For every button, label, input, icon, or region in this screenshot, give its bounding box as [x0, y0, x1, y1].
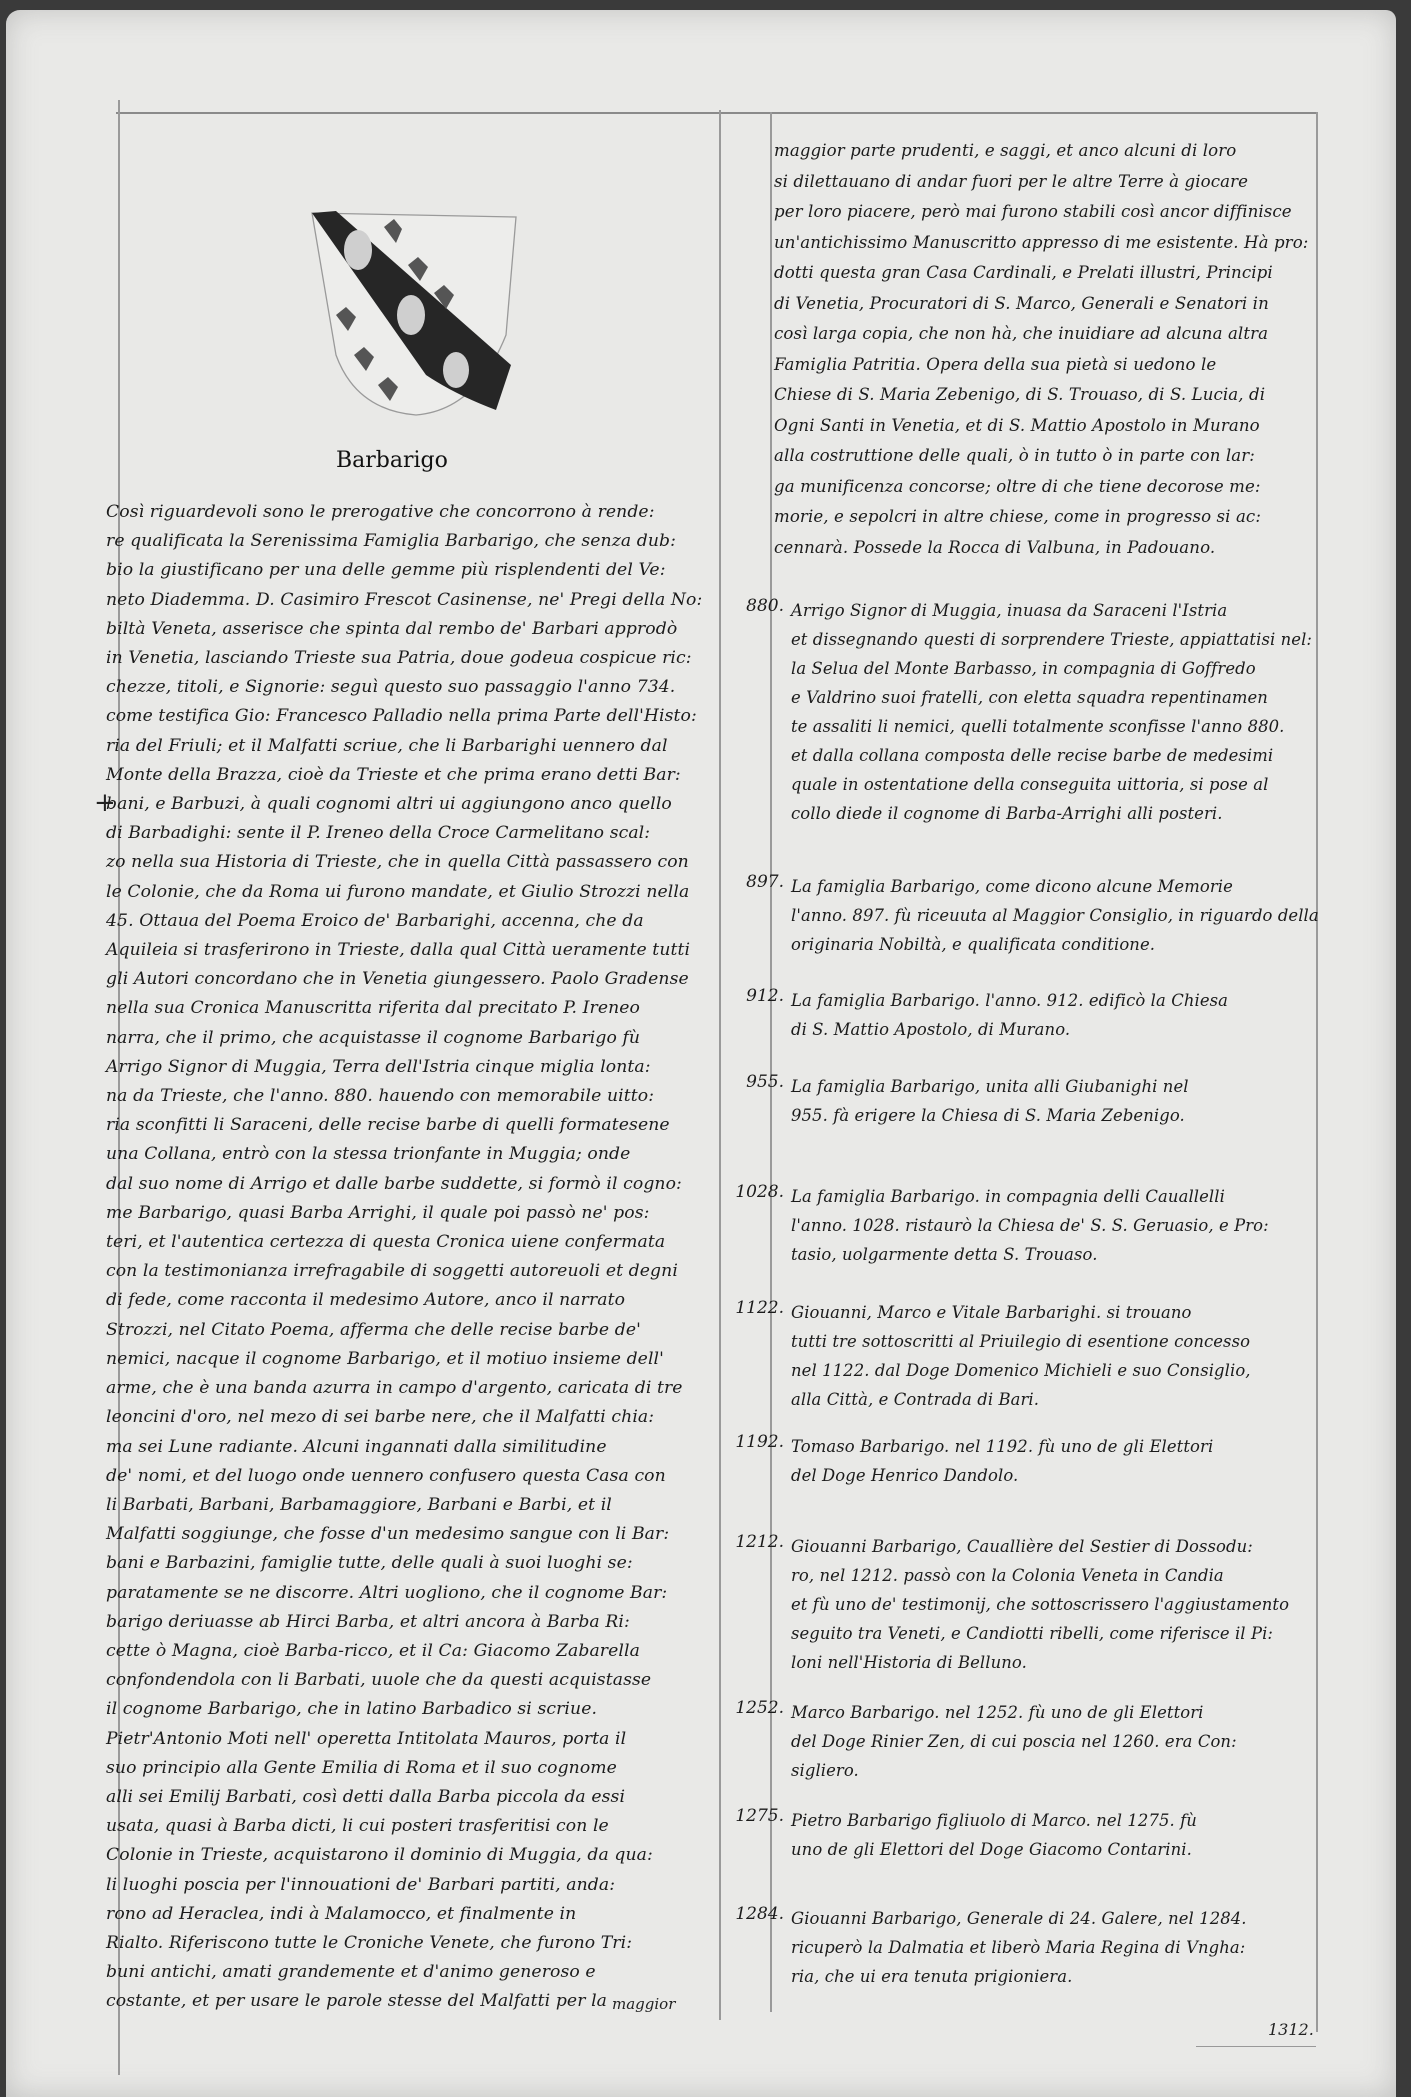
text-line: te assaliti li nemici, quelli totalmente… — [791, 712, 1331, 741]
entry-text: Marco Barbarigo. nel 1252. fù uno de gli… — [791, 1698, 1331, 1785]
text-line: paratamente se ne discorre. Altri uoglio… — [106, 1579, 716, 1608]
text-line: Chiese di S. Maria Zebenigo, di S. Troua… — [774, 380, 1319, 411]
text-line: teri, et l'autentica certezza di questa … — [106, 1228, 716, 1257]
text-line: ria, che ui era tenuta prigioniera. — [791, 1962, 1331, 1991]
text-line: le Colonie, che da Roma ui furono mandat… — [106, 878, 716, 907]
text-line: La famiglia Barbarigo, come dicono alcun… — [791, 872, 1331, 901]
text-line: ria sconfitti li Saraceni, delle recise … — [106, 1111, 716, 1140]
text-line: una Collana, entrò con la stessa trionfa… — [106, 1140, 716, 1169]
entry-text: Tomaso Barbarigo. nel 1192. fù uno de gl… — [791, 1432, 1331, 1490]
text-line: me Barbarigo, quasi Barba Arrighi, il qu… — [106, 1199, 716, 1228]
text-line: La famiglia Barbarigo, unita alli Giuban… — [791, 1072, 1331, 1101]
text-line: leoncini d'oro, nel mezo di sei barbe ne… — [106, 1403, 716, 1432]
text-line: Aquileia si trasferirono in Trieste, dal… — [106, 936, 716, 965]
text-line: in Venetia, lasciando Trieste sua Patria… — [106, 644, 716, 673]
text-line: ria del Friuli; et il Malfatti scriue, c… — [106, 732, 716, 761]
entry-year: 1122. — [704, 1298, 784, 1318]
entry-text: La famiglia Barbarigo. l'anno. 912. edif… — [791, 986, 1331, 1044]
text-line: come testifica Gio: Francesco Palladio n… — [106, 702, 716, 731]
entry-text: Giouanni, Marco e Vitale Barbarighi. si … — [791, 1298, 1331, 1414]
text-line: gli Autori concordano che in Venetia giu… — [106, 965, 716, 994]
text-line: e Valdrino suoi fratelli, con eletta squ… — [791, 683, 1331, 712]
text-line: Monte della Brazza, cioè da Trieste et c… — [106, 761, 716, 790]
text-line: Arrigo Signor di Muggia, inuasa da Sarac… — [791, 596, 1331, 625]
entry-year: 912. — [704, 986, 784, 1006]
text-line: Giouanni, Marco e Vitale Barbarighi. si … — [791, 1298, 1331, 1327]
entry-text: La famiglia Barbarigo. in compagnia dell… — [791, 1182, 1331, 1269]
text-line: Giouanni Barbarigo, Cauallière del Sesti… — [791, 1532, 1331, 1561]
text-line: maggior parte prudenti, e saggi, et anco… — [774, 136, 1319, 167]
text-line: Colonie in Trieste, acquistarono il domi… — [106, 1841, 716, 1870]
text-line: Malfatti soggiunge, che fosse d'un medes… — [106, 1520, 716, 1549]
text-line: bio la giustificano per una delle gemme … — [106, 556, 716, 585]
text-line: bani e Barbazini, famiglie tutte, delle … — [106, 1549, 716, 1578]
text-line: Strozzi, nel Citato Poema, afferma che d… — [106, 1316, 716, 1345]
text-line: per loro piacere, però mai furono stabil… — [774, 197, 1319, 228]
text-line: Tomaso Barbarigo. nel 1192. fù uno de gl… — [791, 1432, 1331, 1461]
text-line: loni nell'Historia di Belluno. — [791, 1648, 1331, 1677]
entry-year: 880. — [704, 596, 784, 616]
text-line: li luoghi poscia per l'innouationi de' B… — [106, 1871, 716, 1900]
text-line: un'antichissimo Manuscritto appresso di … — [774, 228, 1319, 259]
text-line: buni antichi, amati grandemente et d'ani… — [106, 1958, 716, 1987]
text-line: l'anno. 1028. ristaurò la Chiesa de' S. … — [791, 1211, 1331, 1240]
text-line: nella sua Cronica Manuscritta riferita d… — [106, 994, 716, 1023]
manuscript-page: Barbarigo + Così riguardevoli sono le pr… — [6, 10, 1396, 2097]
entry-year: 1284. — [704, 1904, 784, 1924]
left-column-text: Così riguardevoli sono le prerogative ch… — [106, 498, 716, 2017]
text-line: nel 1122. dal Doge Domenico Michieli e s… — [791, 1356, 1331, 1385]
text-line: nemici, nacque il cognome Barbarigo, et … — [106, 1345, 716, 1374]
text-line: quale in ostentatione della conseguita u… — [791, 770, 1331, 799]
text-line: Marco Barbarigo. nel 1252. fù uno de gli… — [791, 1698, 1331, 1727]
text-line: cennarà. Possede la Rocca di Valbuna, in… — [774, 533, 1319, 564]
text-line: alli sei Emilij Barbati, così detti dall… — [106, 1783, 716, 1812]
text-line: suo principio alla Gente Emilia di Roma … — [106, 1754, 716, 1783]
text-line: na da Trieste, che l'anno. 880. hauendo … — [106, 1082, 716, 1111]
text-line: Ogni Santi in Venetia, et di S. Mattio A… — [774, 411, 1319, 442]
entry-year: 1252. — [704, 1698, 784, 1718]
text-line: di S. Mattio Apostolo, di Murano. — [791, 1015, 1331, 1044]
text-line: di fede, come racconta il medesimo Autor… — [106, 1286, 716, 1315]
year-gutter-line — [770, 112, 772, 2012]
text-line: Rialto. Riferiscono tutte le Croniche Ve… — [106, 1929, 716, 1958]
text-line: collo diede il cognome di Barba-Arrighi … — [791, 799, 1331, 828]
page-number: 1312. — [1268, 2020, 1314, 2039]
text-line: ma sei Lune radiante. Alcuni ingannati d… — [106, 1433, 716, 1462]
text-line: Pietr'Antonio Moti nell' operetta Intito… — [106, 1725, 716, 1754]
text-line: et fù uno de' testimonij, che sottoscris… — [791, 1590, 1331, 1619]
text-line: Pietro Barbarigo figliuolo di Marco. nel… — [791, 1806, 1331, 1835]
text-line: Giouanni Barbarigo, Generale di 24. Gale… — [791, 1904, 1331, 1933]
text-line: bani, e Barbuzi, à quali cognomi altri u… — [106, 790, 716, 819]
entry-year: 1028. — [704, 1182, 784, 1202]
entry-text: Arrigo Signor di Muggia, inuasa da Sarac… — [791, 596, 1331, 828]
family-name-heading: Barbarigo — [336, 448, 448, 473]
text-line: tutti tre sottoscritti al Priuilegio di … — [791, 1327, 1331, 1356]
text-line: ga munificenza concorse; oltre di che ti… — [774, 472, 1319, 503]
text-line: barigo deriuasse ab Hirci Barba, et altr… — [106, 1608, 716, 1637]
text-line: et dissegnando questi di sorprendere Tri… — [791, 625, 1331, 654]
text-line: seguito tra Veneti, e Candiotti ribelli,… — [791, 1619, 1331, 1648]
text-line: arme, che è una banda azurra in campo d'… — [106, 1374, 716, 1403]
entry-year: 955. — [704, 1072, 784, 1092]
entry-year: 897. — [704, 872, 784, 892]
text-line: tasio, uolgarmente detta S. Trouaso. — [791, 1240, 1331, 1269]
text-line: del Doge Henrico Dandolo. — [791, 1461, 1331, 1490]
text-line: li Barbati, Barbani, Barbamaggiore, Barb… — [106, 1491, 716, 1520]
text-line: dal suo nome di Arrigo et dalle barbe su… — [106, 1170, 716, 1199]
right-column-intro-text: maggior parte prudenti, e saggi, et anco… — [774, 136, 1319, 563]
entry-text: La famiglia Barbarigo, unita alli Giuban… — [791, 1072, 1331, 1130]
text-line: de' nomi, et del luogo onde uennero conf… — [106, 1462, 716, 1491]
text-line: biltà Veneta, asserisce che spinta dal r… — [106, 615, 716, 644]
text-line: con la testimonianza irrefragabile di so… — [106, 1257, 716, 1286]
entry-text: Giouanni Barbarigo, Cauallière del Sesti… — [791, 1532, 1331, 1677]
bottom-rule-line — [1196, 2046, 1316, 2047]
text-line: narra, che il primo, che acquistasse il … — [106, 1024, 716, 1053]
coat-of-arms-icon — [306, 205, 521, 420]
text-line: originaria Nobiltà, e qualificata condit… — [791, 930, 1331, 959]
text-line: La famiglia Barbarigo. in compagnia dell… — [791, 1182, 1331, 1211]
text-line: Famiglia Patritia. Opera della sua pietà… — [774, 350, 1319, 381]
entry-year: 1275. — [704, 1806, 784, 1826]
text-line: di Venetia, Procuratori di S. Marco, Gen… — [774, 289, 1319, 320]
column-divider-line — [719, 110, 721, 2020]
text-line: del Doge Rinier Zen, di cui poscia nel 1… — [791, 1727, 1331, 1756]
text-line: usata, quasi à Barba dicti, li cui poste… — [106, 1812, 716, 1841]
text-line: zo nella sua Historia di Trieste, che in… — [106, 848, 716, 877]
top-ruled-line — [116, 112, 1316, 114]
entry-text: La famiglia Barbarigo, come dicono alcun… — [791, 872, 1331, 959]
entry-year: 1192. — [704, 1432, 784, 1452]
text-line: rono ad Heraclea, indi à Malamocco, et f… — [106, 1900, 716, 1929]
text-line: neto Diademma. D. Casimiro Frescot Casin… — [106, 586, 716, 615]
entry-text: Giouanni Barbarigo, Generale di 24. Gale… — [791, 1904, 1331, 1991]
text-line: l'anno. 897. fù riceuuta al Maggior Cons… — [791, 901, 1331, 930]
catchword: maggior — [612, 1995, 675, 2013]
text-line: si dilettauano di andar fuori per le alt… — [774, 167, 1319, 198]
text-line: confondendola con li Barbati, uuole che … — [106, 1666, 716, 1695]
text-line: alla Città, e Contrada di Bari. — [791, 1385, 1331, 1414]
text-line: ro, nel 1212. passò con la Colonia Venet… — [791, 1561, 1331, 1590]
text-line: cette ò Magna, cioè Barba-ricco, et il C… — [106, 1637, 716, 1666]
text-line: re qualificata la Serenissima Famiglia B… — [106, 527, 716, 556]
text-line: morie, e sepolcri in altre chiese, come … — [774, 502, 1319, 533]
text-line: così larga copia, che non hà, che inuidi… — [774, 319, 1319, 350]
text-line: uno de gli Elettori del Doge Giacomo Con… — [791, 1835, 1331, 1864]
text-line: Così riguardevoli sono le prerogative ch… — [106, 498, 716, 527]
text-line: dotti questa gran Casa Cardinali, e Prel… — [774, 258, 1319, 289]
text-line: il cognome Barbarigo, che in latino Barb… — [106, 1695, 716, 1724]
entry-text: Pietro Barbarigo figliuolo di Marco. nel… — [791, 1806, 1331, 1864]
text-line: chezze, titoli, e Signorie: seguì questo… — [106, 673, 716, 702]
text-line: sigliero. — [791, 1756, 1331, 1785]
entry-year: 1212. — [704, 1532, 784, 1552]
text-line: 955. fà erigere la Chiesa di S. Maria Ze… — [791, 1101, 1331, 1130]
text-line: la Selua del Monte Barbasso, in compagni… — [791, 654, 1331, 683]
text-line: ricuperò la Dalmatia et liberò Maria Reg… — [791, 1933, 1331, 1962]
text-line: et dalla collana composta delle recise b… — [791, 741, 1331, 770]
text-line: alla costruttione delle quali, ò in tutt… — [774, 441, 1319, 472]
text-line: di Barbadighi: sente il P. Ireneo della … — [106, 819, 716, 848]
text-line: La famiglia Barbarigo. l'anno. 912. edif… — [791, 986, 1331, 1015]
text-line: 45. Ottaua del Poema Eroico de' Barbarig… — [106, 907, 716, 936]
text-line: Arrigo Signor di Muggia, Terra dell'Istr… — [106, 1053, 716, 1082]
